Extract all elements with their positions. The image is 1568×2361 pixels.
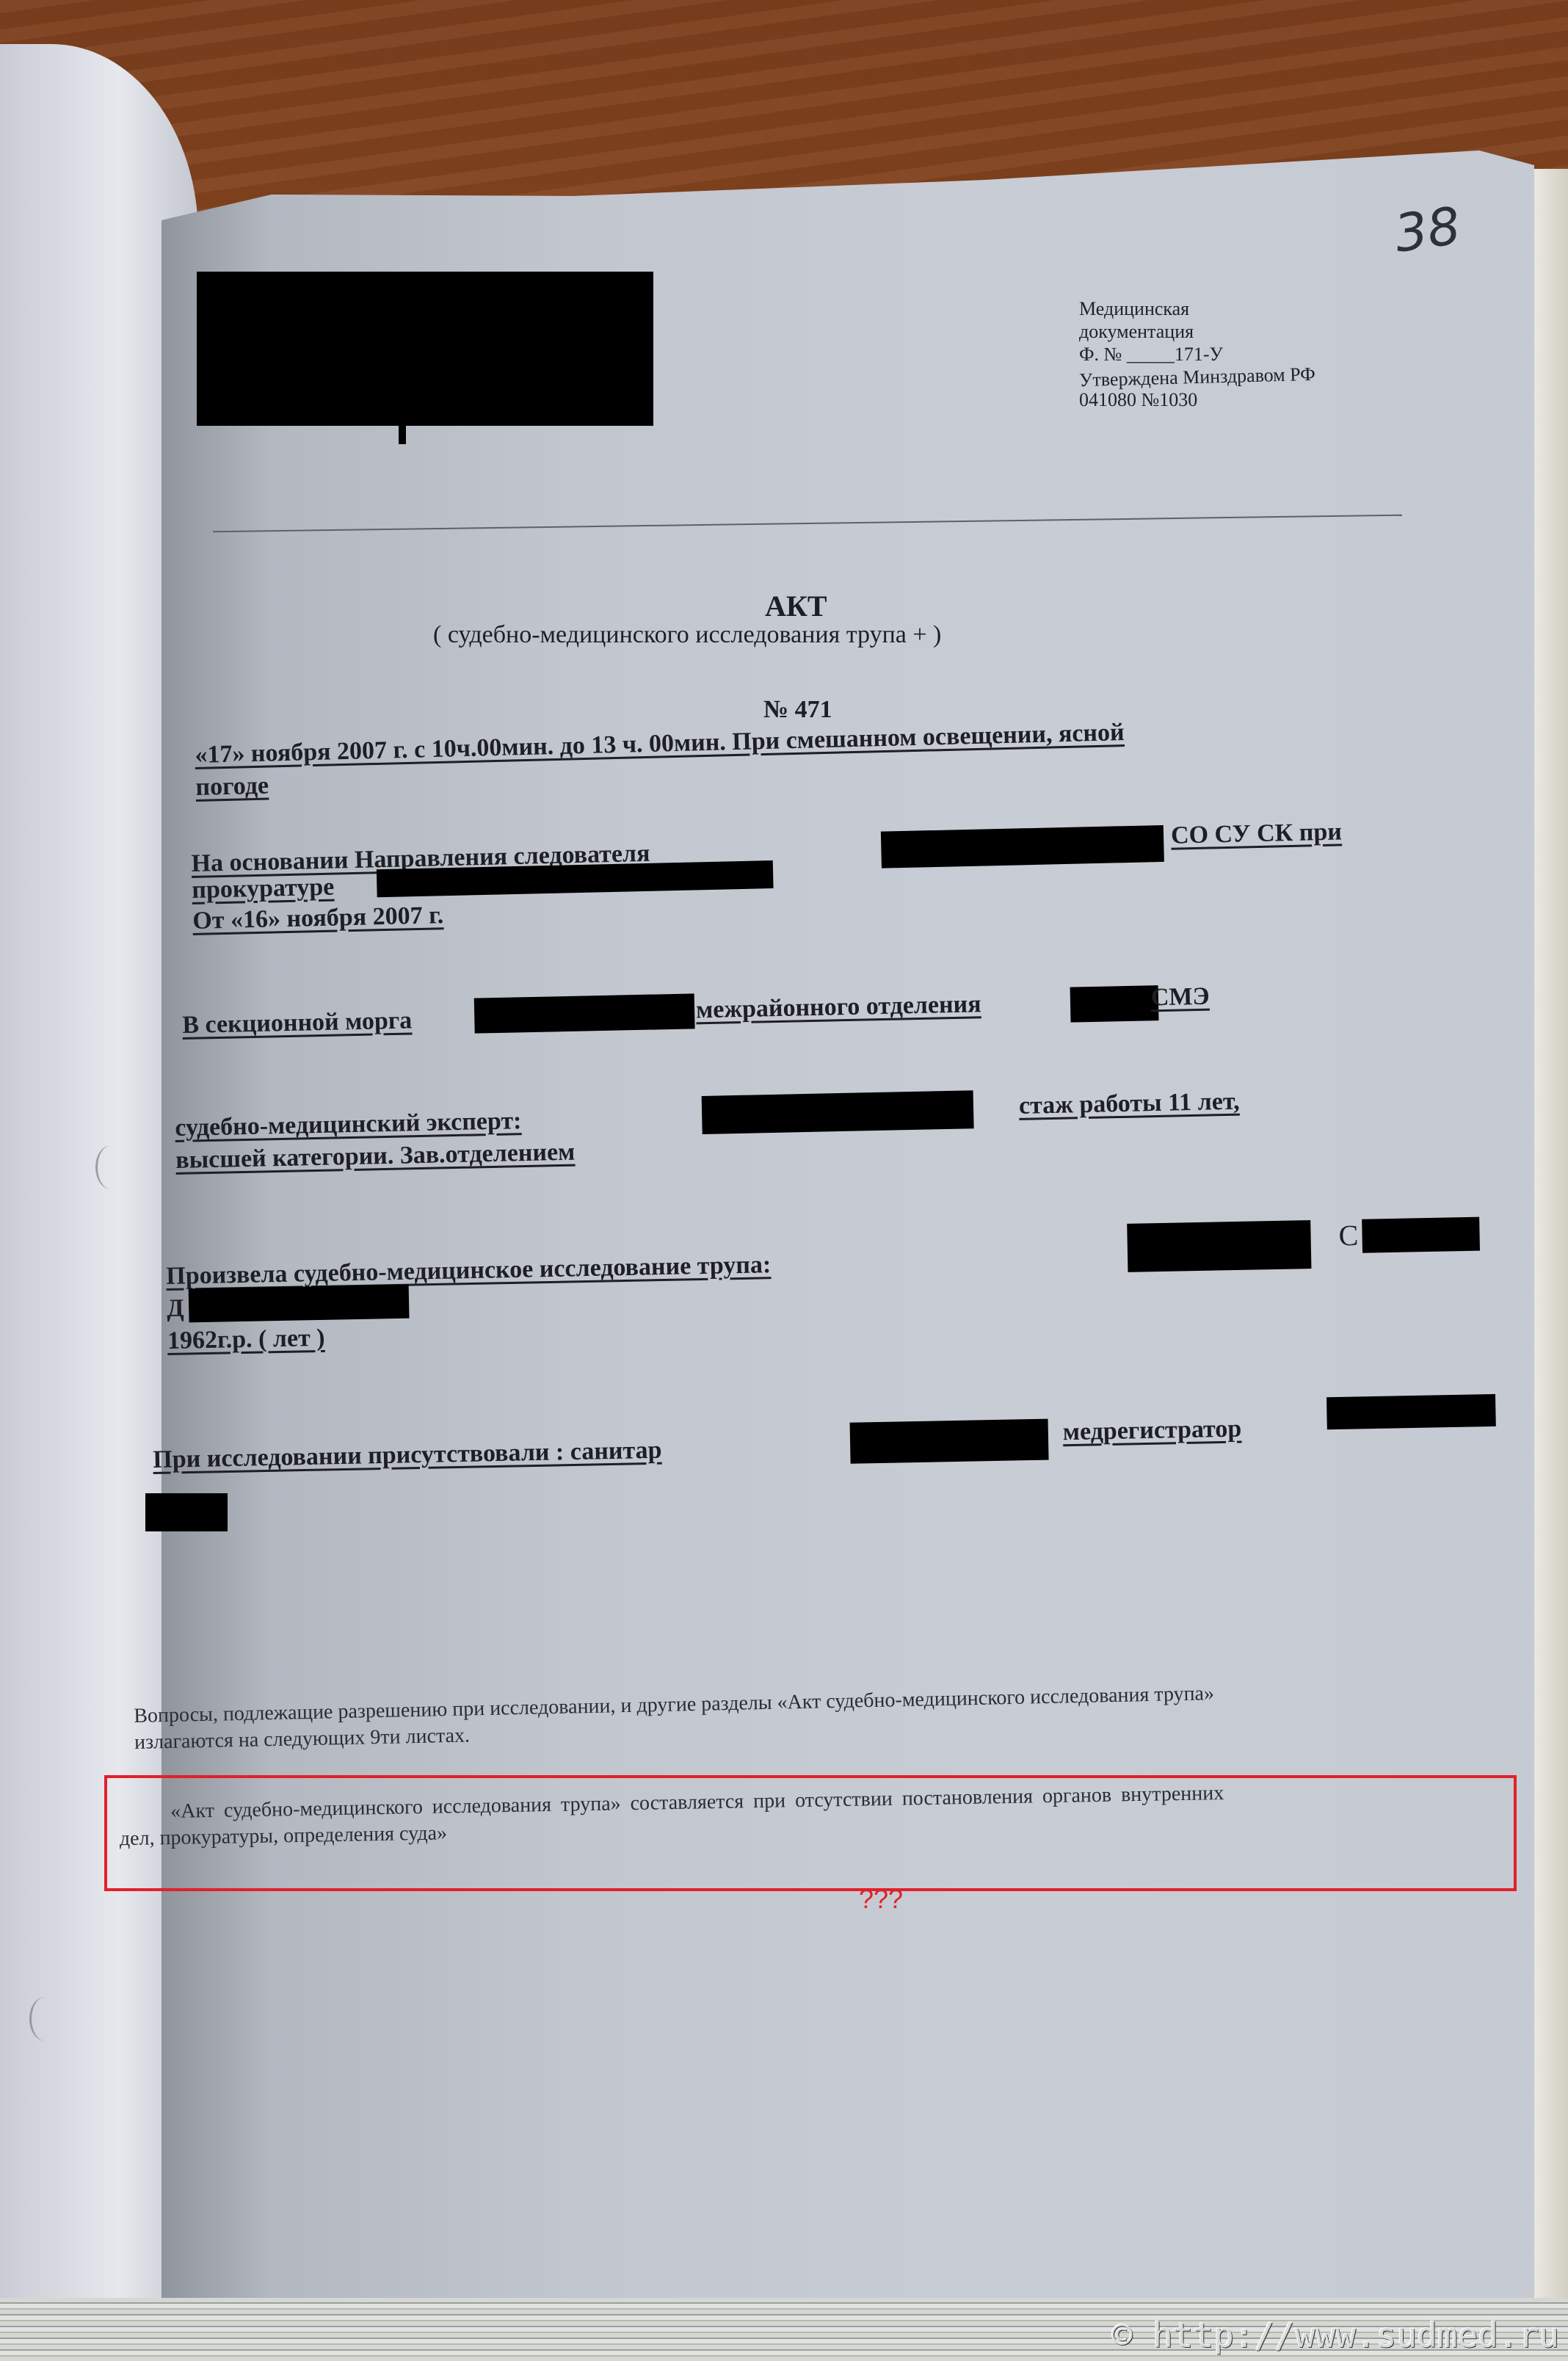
redaction-block	[702, 1090, 974, 1134]
redaction-block	[145, 1493, 228, 1531]
redaction-block	[1362, 1217, 1480, 1253]
site-watermark: © http://www.sudmed.ru	[1112, 2315, 1559, 2355]
page-number: 38	[1391, 195, 1464, 264]
performed-text: С	[1338, 1218, 1359, 1253]
paper-crease	[29, 1997, 61, 2041]
expert-text: стаж работы 11 лет,	[1019, 1088, 1240, 1120]
form-stamp: Медицинская документация Ф. № _____171-У…	[1079, 297, 1315, 411]
morgue-text: В секционной морга	[182, 1007, 413, 1040]
redaction-block	[1070, 985, 1159, 1023]
redaction-block	[399, 422, 406, 444]
redaction-block	[1127, 1220, 1311, 1272]
document-number: № 471	[763, 696, 832, 724]
stamp-line: документация	[1079, 320, 1315, 343]
redaction-block	[189, 1285, 410, 1323]
stamp-line: Медицинская	[1079, 297, 1315, 320]
redaction-block	[474, 993, 695, 1033]
redaction-block	[850, 1419, 1049, 1464]
redaction-block	[197, 272, 653, 426]
paper-crease	[95, 1145, 127, 1189]
stamp-line: Утверждена Минздравом РФ	[1079, 363, 1315, 391]
morgue-text: межрайонного отделения	[696, 990, 981, 1024]
redaction-block	[1326, 1394, 1496, 1429]
document-title: АКТ	[765, 589, 827, 623]
performed-text: Д	[167, 1295, 184, 1323]
stamp-line: 041080 №1030	[1079, 388, 1315, 411]
basis-text: СО СУ СК при	[1171, 818, 1343, 849]
stamp-line: Ф. № _____171-У	[1079, 343, 1315, 366]
present-text: медрегистратор	[1063, 1415, 1242, 1447]
morgue-text: СМЭ	[1151, 983, 1210, 1012]
document-subtitle: ( судебно-медицинского исследования труп…	[433, 621, 941, 649]
question-marks-annotation: ???	[859, 1884, 903, 1915]
basis-text: прокуратуре	[192, 874, 335, 904]
